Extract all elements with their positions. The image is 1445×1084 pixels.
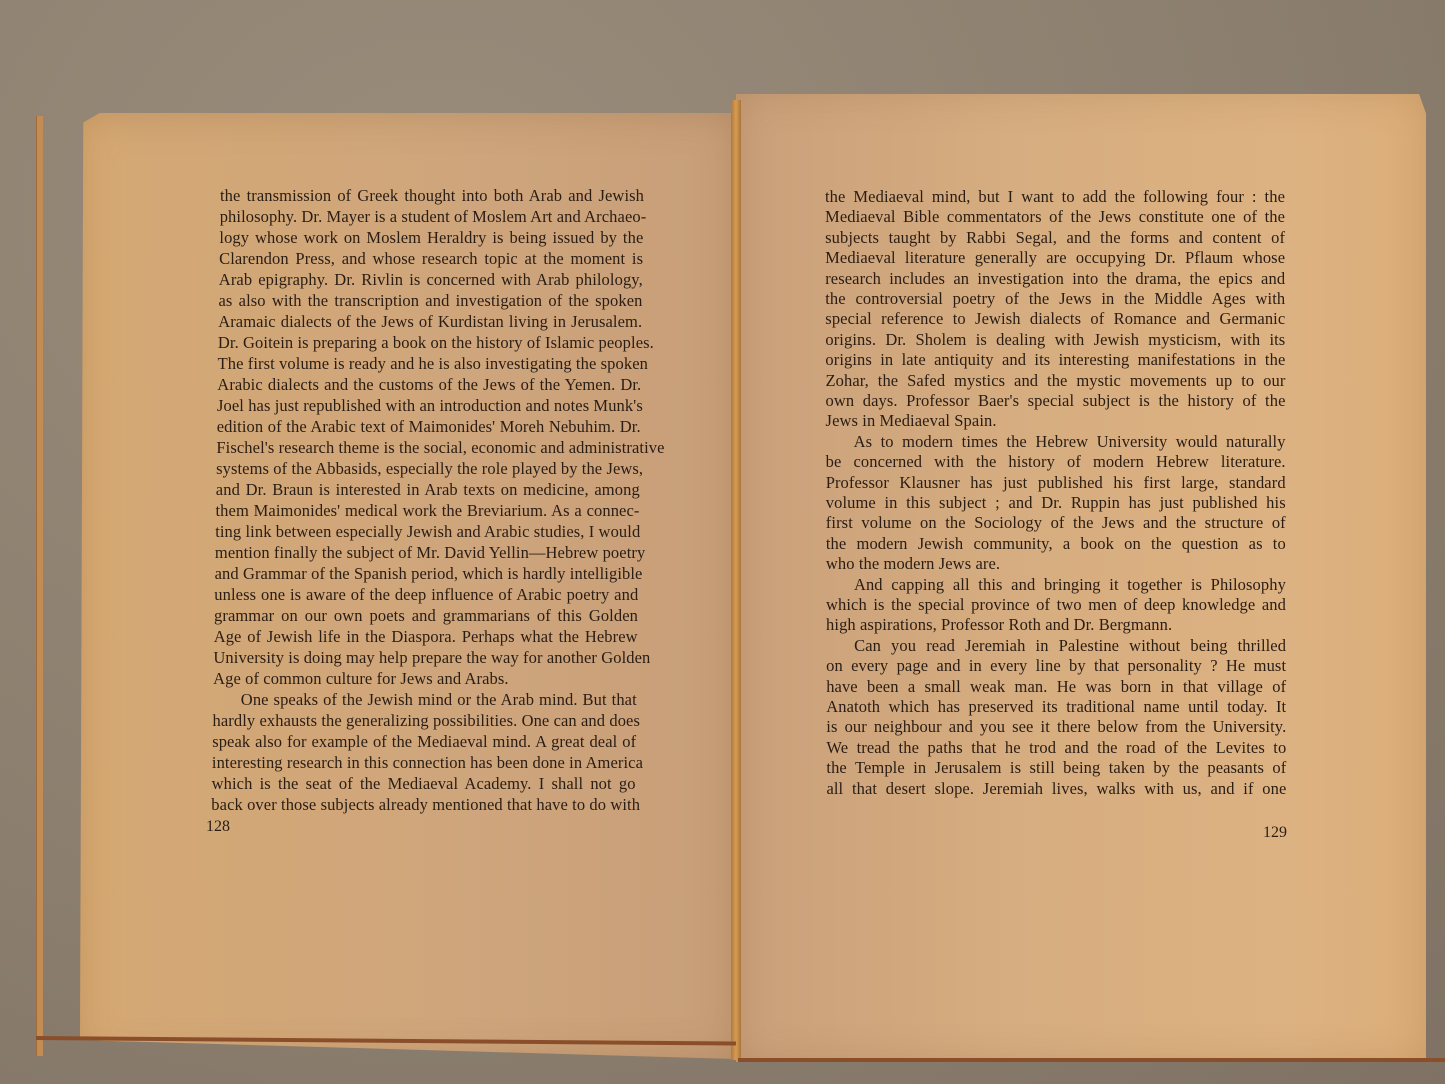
right-page-bottom-edge xyxy=(738,1058,1445,1062)
text-line: and Dr. Braun is interested in Arab text… xyxy=(216,480,640,500)
text-line: speak also for example of the Mediaeval … xyxy=(212,732,636,752)
text-line: Age of Jewish life in the Diaspora. Perh… xyxy=(214,627,638,647)
text-line: Anatoth which has preserved its traditio… xyxy=(826,697,1286,717)
text-line: Clarendon Press, and whose research topi… xyxy=(219,249,643,269)
text-line: the transmission of Greek thought into b… xyxy=(220,186,644,206)
text-line: which is the seat of the Mediaeval Acade… xyxy=(212,774,636,794)
text-line: Arabic dialects and the customs of the J… xyxy=(217,375,641,395)
text-line: the modern Jewish community, a book on t… xyxy=(826,534,1286,554)
text-line: Mediaeval Bible commentators of the Jews… xyxy=(825,207,1285,227)
text-line: origins in late antiquity and its intere… xyxy=(825,350,1285,370)
text-line: first volume on the Sociology of the Jew… xyxy=(826,513,1286,533)
text-line: One speaks of the Jewish mind or the Ara… xyxy=(213,690,637,710)
text-line: unless one is aware of the deep influenc… xyxy=(214,585,638,605)
text-line: who the modern Jews are. xyxy=(826,554,1286,574)
text-line: systems of the Abbasids, especially the … xyxy=(216,459,640,479)
text-line: all that desert slope. Jeremiah lives, w… xyxy=(826,779,1286,799)
text-line: Aramaic dialects of the Jews of Kurdista… xyxy=(218,312,642,332)
text-line: high aspirations, Professor Roth and Dr.… xyxy=(826,615,1286,635)
text-line: logy whose work on Moslem Heraldry is be… xyxy=(219,228,643,248)
text-line: Mediaeval literature generally are occup… xyxy=(825,248,1285,268)
page-number-right: 129 xyxy=(1263,824,1287,842)
text-line: Can you read Jeremiah in Palestine witho… xyxy=(826,636,1286,656)
book-gutter xyxy=(731,100,741,1060)
text-line: As to modern times the Hebrew University… xyxy=(826,432,1286,452)
left-page-fore-edge xyxy=(36,116,43,1056)
text-line: University is doing may help prepare the… xyxy=(213,648,637,668)
text-line: which is the special province of two men… xyxy=(826,595,1286,615)
text-line: interesting research in this connection … xyxy=(212,753,636,773)
text-line: mention finally the subject of Mr. David… xyxy=(215,543,639,563)
text-line: We tread the paths that he trod and the … xyxy=(826,738,1286,758)
text-line: grammar on our own poets and grammarians… xyxy=(214,606,638,626)
text-line: own days. Professor Baer's special subje… xyxy=(826,391,1286,411)
text-line: And capping all this and bringing it tog… xyxy=(826,575,1286,595)
text-line: back over those subjects already mention… xyxy=(211,795,635,815)
text-line: hardly exhausts the generalizing possibi… xyxy=(213,711,637,731)
text-line: Arab epigraphy. Dr. Rivlin is concerned … xyxy=(219,270,643,290)
text-line: Fischel's research theme is the social, … xyxy=(216,438,640,458)
text-line: and Grammar of the Spanish period, which… xyxy=(215,564,639,584)
text-line: The first volume is ready and he is also… xyxy=(218,354,642,374)
text-line: Dr. Goitein is preparing a book on the h… xyxy=(218,333,642,353)
text-line: origins. Dr. Sholem is dealing with Jewi… xyxy=(825,330,1285,350)
text-line: be concerned with the history of modern … xyxy=(826,452,1286,472)
text-line: Age of common culture for Jews and Arabs… xyxy=(213,669,637,689)
text-line: philosophy. Dr. Mayer is a student of Mo… xyxy=(220,207,644,227)
text-line: Professor Klausner has just published hi… xyxy=(826,473,1286,493)
text-line: Joel has just republished with an introd… xyxy=(217,396,641,416)
text-line: research includes an investigation into … xyxy=(825,269,1285,289)
text-line: on every page and in every line by that … xyxy=(826,656,1286,676)
text-line: special reference to Jewish dialects of … xyxy=(825,309,1285,329)
text-line: subjects taught by Rabbi Segal, and the … xyxy=(825,228,1285,248)
text-line: edition of the Arabic text of Maimonides… xyxy=(217,417,641,437)
text-line: Zohar, the Safed mystics and the mystic … xyxy=(825,371,1285,391)
page-number-left: 128 xyxy=(206,818,230,836)
text-line: volume in this subject ; and Dr. Ruppin … xyxy=(826,493,1286,513)
text-line: Jews in Mediaeval Spain. xyxy=(826,411,1286,431)
text-line: is our neighbour and you see it there be… xyxy=(826,717,1286,737)
text-line: ting link between especially Jewish and … xyxy=(215,522,639,542)
text-line: the Mediaeval mind, but I want to add th… xyxy=(825,187,1285,207)
text-line: have been a small weak man. He was born … xyxy=(826,677,1286,697)
text-line: the controversial poetry of the Jews in … xyxy=(825,289,1285,309)
text-line: them Maimonides' medical work the Brevia… xyxy=(216,501,640,521)
text-line: as also with the transcription and inves… xyxy=(219,291,643,311)
text-line: the Temple in Jerusalem is still being t… xyxy=(826,758,1286,778)
